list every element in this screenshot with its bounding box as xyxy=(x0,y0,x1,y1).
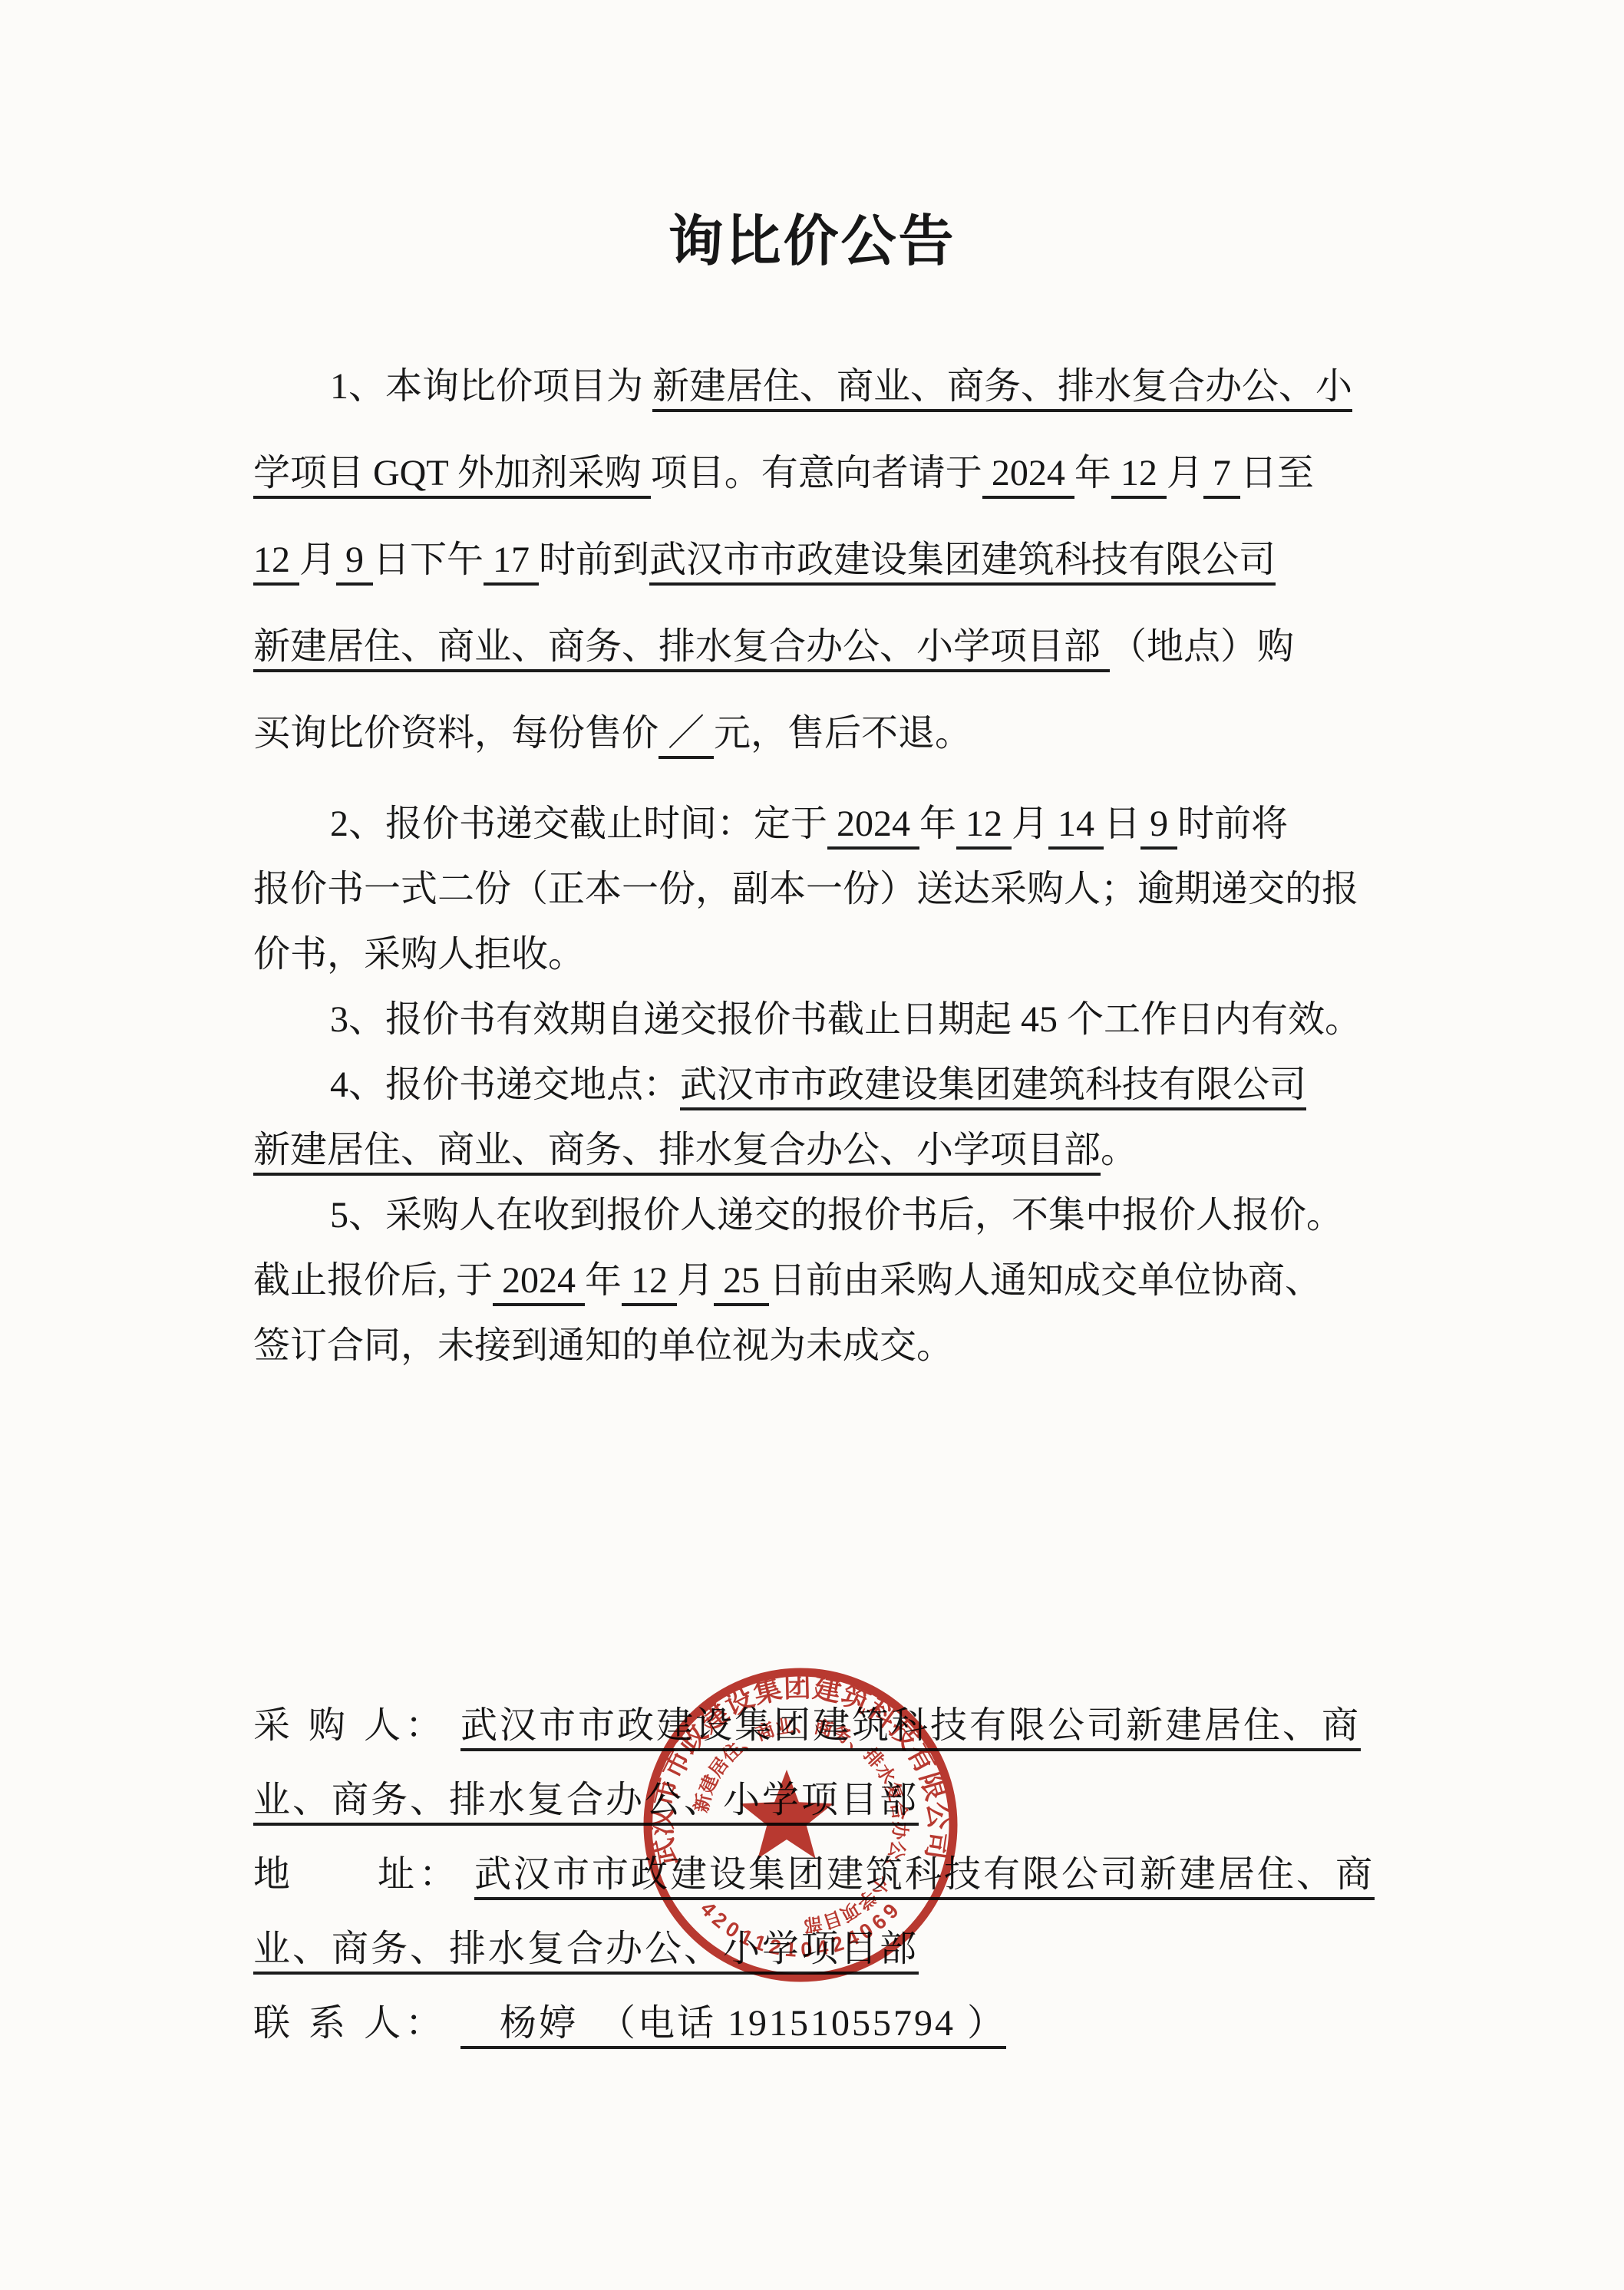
text: 月 xyxy=(1012,803,1048,844)
scanned-announcement-page: 询比价公告 1、本询比价项目为 新建居住、商业、商务、排水复合办公、小学项目 G… xyxy=(0,0,1624,2290)
text: 价书，采购人拒收。 xyxy=(253,934,585,975)
text: 月 xyxy=(299,540,336,580)
text: 日至 xyxy=(1240,453,1314,493)
underlined-text: 武汉市市政建设集团建筑科技有限公司 xyxy=(680,1064,1306,1110)
seal-registration-number: 42011210424069 xyxy=(696,1897,906,1962)
text-line: 4、报价书递交地点：武汉市市政建设集团建筑科技有限公司 xyxy=(253,1052,1404,1117)
text-line: 2、报价书递交截止时间：定于 2024 年 12 月 14 日 9 时前将 xyxy=(253,791,1404,856)
company-seal-stamp: 武汉市市政建设集团建筑科技有限公司 新建居住、商业、商务、排水复合办公、小学项目… xyxy=(641,1665,960,1985)
underlined-text: 12 xyxy=(622,1260,677,1306)
text-line: 1、本询比价项目为 新建居住、商业、商务、排水复合办公、小 xyxy=(253,343,1404,430)
underlined-text: ／ xyxy=(659,713,714,759)
text: 项目。有意向者请于 xyxy=(651,453,982,493)
text-line: 5、采购人在收到报价人递交的报价书后，不集中报价人报价。 xyxy=(253,1183,1404,1248)
text: 3、报价书有效期自递交报价书截止日期起 45 个工作日内有效。 xyxy=(330,999,1362,1040)
underlined-text: 2024 xyxy=(827,803,919,850)
underlined-text: 12 xyxy=(956,803,1012,850)
underlined-text: 武汉市市政建设集团建筑科技有限公司 xyxy=(649,540,1276,586)
seal-star-icon xyxy=(740,1770,833,1859)
underlined-text: 杨婷 （电话 19151055794 ） xyxy=(460,2003,1006,2049)
text: 年 xyxy=(919,803,956,844)
underlined-text: 新建居住、商业、商务、排水复合办公、小 xyxy=(652,366,1352,412)
text: 年 xyxy=(1074,453,1111,493)
text: 1、本询比价项目为 xyxy=(330,366,652,407)
text-line: 截止报价后, 于 2024 年 12 月 25 日前由采购人通知成交单位协商、 xyxy=(253,1248,1404,1313)
underlined-text: 17 xyxy=(484,540,539,586)
underlined-text: 9 xyxy=(1140,803,1177,850)
underlined-text: 7 xyxy=(1203,453,1240,499)
underlined-text: 25 xyxy=(714,1260,769,1306)
text: 年 xyxy=(585,1260,622,1301)
underlined-text: 14 xyxy=(1048,803,1104,850)
text: 时前到 xyxy=(539,540,649,580)
text-line: 3、报价书有效期自递交报价书截止日期起 45 个工作日内有效。 xyxy=(253,987,1404,1052)
paragraph: 1、本询比价项目为 新建居住、商业、商务、排水复合办公、小学项目 GQT 外加剂… xyxy=(253,343,1404,777)
text-line: 报价书一式二份（正本一份，副本一份）送达采购人；逾期递交的报 xyxy=(253,856,1404,922)
text: 4、报价书递交地点： xyxy=(330,1064,680,1105)
paragraph: 2、报价书递交截止时间：定于 2024 年 12 月 14 日 9 时前将报价书… xyxy=(253,791,1404,987)
text: 2、报价书递交截止时间：定于 xyxy=(330,803,827,844)
text-line: 新建居住、商业、商务、排水复合办公、小学项目部 （地点）购 xyxy=(253,603,1404,690)
text: 月 xyxy=(677,1260,714,1301)
text-line: 12 月 9 日下午 17 时前到武汉市市政建设集团建筑科技有限公司 xyxy=(253,516,1404,603)
underlined-text: 2024 xyxy=(493,1260,585,1306)
announcement-body: 1、本询比价项目为 新建居住、商业、商务、排水复合办公、小学项目 GQT 外加剂… xyxy=(253,343,1404,1378)
underlined-text: 12 xyxy=(253,540,299,586)
text: 。 xyxy=(1101,1130,1137,1170)
underlined-text: 新建居住、商业、商务、排水复合办公、小学项目部 xyxy=(253,626,1110,672)
underlined-text: 学项目 GQT 外加剂采购 xyxy=(253,453,651,499)
text: 买询比价资料，每份售价 xyxy=(253,713,659,754)
field-label: 地 址： xyxy=(253,1854,474,1895)
paragraph: 4、报价书递交地点：武汉市市政建设集团建筑科技有限公司新建居住、商业、商务、排水… xyxy=(253,1052,1404,1183)
field-label: 采 购 人： xyxy=(253,1705,460,1746)
text-line: 新建居住、商业、商务、排水复合办公、小学项目部。 xyxy=(253,1117,1404,1183)
text-line: 买询比价资料，每份售价 ／ 元，售后不退。 xyxy=(253,690,1404,777)
text: 截止报价后, 于 xyxy=(253,1260,493,1301)
text: 元，售后不退。 xyxy=(714,713,972,754)
text-line: 学项目 GQT 外加剂采购 项目。有意向者请于 2024 年 12 月 7 日至 xyxy=(253,430,1404,516)
text-line: 签订合同，未接到通知的单位视为未成交。 xyxy=(253,1313,1404,1378)
text: 月 xyxy=(1167,453,1203,493)
text: 日下午 xyxy=(373,540,484,580)
text: 日 xyxy=(1104,803,1140,844)
text: 签订合同，未接到通知的单位视为未成交。 xyxy=(253,1325,953,1366)
underlined-text: 12 xyxy=(1111,453,1167,499)
text: 时前将 xyxy=(1177,803,1288,844)
text: 报价书一式二份（正本一份，副本一份）送达采购人；逾期递交的报 xyxy=(253,869,1358,909)
field-label: 联 系 人： xyxy=(253,2003,460,2044)
text: （地点）购 xyxy=(1110,626,1294,667)
paragraph: 3、报价书有效期自递交报价书截止日期起 45 个工作日内有效。 xyxy=(253,987,1404,1052)
page-title: 询比价公告 xyxy=(0,196,1624,276)
text: 5、采购人在收到报价人递交的报价书后，不集中报价人报价。 xyxy=(330,1195,1343,1236)
text: 日前由采购人通知成交单位协商、 xyxy=(769,1260,1322,1301)
text-line: 价书，采购人拒收。 xyxy=(253,922,1404,987)
text-line: 联 系 人： 杨婷 （电话 19151055794 ） xyxy=(253,1986,1404,2061)
paragraph: 5、采购人在收到报价人递交的报价书后，不集中报价人报价。截止报价后, 于 202… xyxy=(253,1183,1404,1378)
underlined-text: 2024 xyxy=(982,453,1074,499)
underlined-text: 9 xyxy=(336,540,373,586)
underlined-text: 新建居住、商业、商务、排水复合办公、小学项目部 xyxy=(253,1130,1101,1176)
